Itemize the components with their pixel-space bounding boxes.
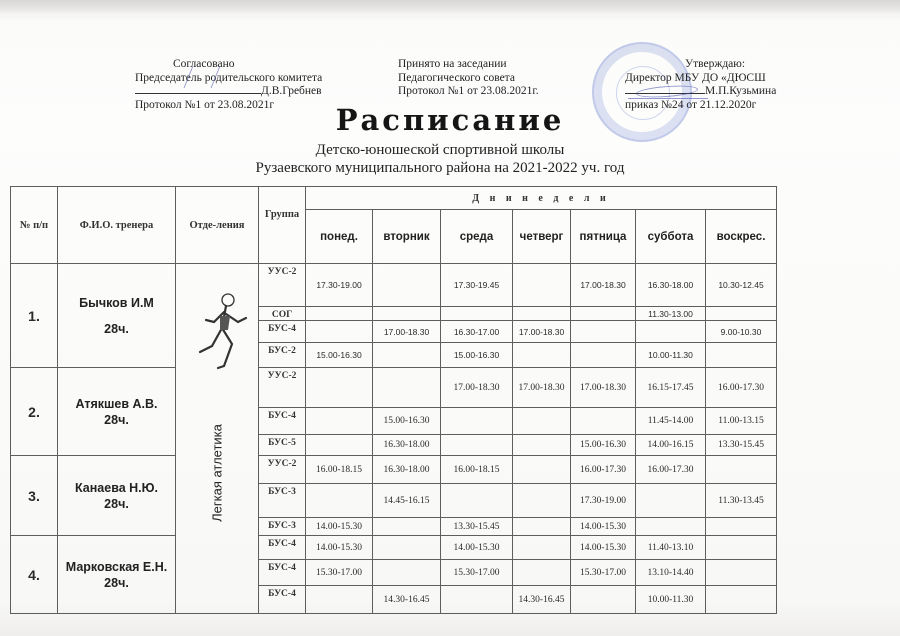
time-slot: 10.00-11.30	[636, 586, 706, 614]
time-slot: 9.00-10.30	[706, 321, 777, 343]
coach-name: Бычков И.М	[58, 295, 175, 311]
time-slot: 16.00-18.15	[441, 456, 513, 484]
scan-shadow	[0, 0, 900, 14]
coach-cell: Атякшев А.В.28ч.	[58, 368, 176, 456]
time-slot	[373, 536, 441, 560]
header-day: среда	[441, 210, 513, 264]
header-day: пятница	[571, 210, 636, 264]
time-slot: 15.00-16.30	[571, 435, 636, 456]
group-name: БУС-3	[259, 518, 306, 536]
coach-number: 4.	[11, 536, 58, 614]
time-slot: 16.30-18.00	[636, 264, 706, 307]
header-coach: Ф.И.О. тренера	[58, 187, 176, 264]
time-slot: 10.30-12.45	[706, 264, 777, 307]
header-num: № п/п	[11, 187, 58, 264]
time-slot: 16.00-17.30	[571, 456, 636, 484]
time-slot: 13.10-14.40	[636, 560, 706, 586]
group-name: БУС-4	[259, 586, 306, 614]
time-slot: 15.30-17.00	[571, 560, 636, 586]
table-row: 3.Канаева Н.Ю.28ч.УУС-216.00-18.1516.30-…	[11, 456, 777, 484]
group-name: УУС-2	[259, 264, 306, 307]
group-name: БУС-2	[259, 343, 306, 368]
time-slot: 11.30-13.45	[706, 484, 777, 518]
time-slot	[636, 518, 706, 536]
time-slot	[513, 408, 571, 435]
time-slot	[306, 307, 373, 321]
coach-number: 1.	[11, 264, 58, 368]
time-slot	[373, 264, 441, 307]
group-name: БУС-5	[259, 435, 306, 456]
time-slot: 14.00-15.30	[306, 518, 373, 536]
department-label: Легкая атлетика	[210, 425, 225, 523]
coach-cell: Бычков И.М28ч.	[58, 264, 176, 368]
time-slot: 14.30-16.45	[513, 586, 571, 614]
group-name: БУС-3	[259, 484, 306, 518]
approval-line1: Принято на заседании	[398, 58, 539, 72]
approval-position: Директор МБУ ДО «ДЮСШ	[625, 72, 776, 86]
time-slot	[636, 484, 706, 518]
coach-cell: Канаева Н.Ю.28ч.	[58, 456, 176, 536]
header-days-caption: Д н и н е д е л и	[306, 187, 777, 210]
time-slot: 16.15-17.45	[636, 368, 706, 408]
group-name: СОГ	[259, 307, 306, 321]
time-slot: 13.30-15.45	[706, 435, 777, 456]
header-day: четверг	[513, 210, 571, 264]
time-slot	[306, 586, 373, 614]
time-slot	[373, 343, 441, 368]
time-slot	[636, 321, 706, 343]
time-slot	[571, 307, 636, 321]
group-name: УУС-2	[259, 456, 306, 484]
time-slot: 14.00-16.15	[636, 435, 706, 456]
document-subtitle: Детско-юношеской спортивной школы Рузаев…	[0, 141, 880, 177]
time-slot	[306, 408, 373, 435]
time-slot	[513, 560, 571, 586]
group-name: УУС-2	[259, 368, 306, 408]
time-slot: 16.00-17.30	[636, 456, 706, 484]
approval-signer-line: Д.В.Гребнев	[135, 85, 322, 99]
header-department: Отде-ления	[176, 187, 259, 264]
approval-line2: Педагогического совета	[398, 72, 539, 86]
document-title: Расписание	[0, 103, 900, 137]
approval-title: Согласовано	[135, 58, 322, 72]
time-slot	[513, 484, 571, 518]
time-slot: 15.30-17.00	[306, 560, 373, 586]
time-slot	[571, 343, 636, 368]
subtitle-line-1: Детско-юношеской спортивной школы	[0, 141, 880, 159]
time-slot	[441, 408, 513, 435]
approval-title: Утверждаю:	[625, 58, 776, 72]
time-slot	[513, 343, 571, 368]
time-slot: 17.00-18.30	[441, 368, 513, 408]
approval-protocol: Протокол №1 от 23.08.2021г.	[398, 85, 539, 99]
time-slot	[373, 307, 441, 321]
time-slot	[513, 264, 571, 307]
coach-cell: Марковская Е.Н.28ч.	[58, 536, 176, 614]
time-slot: 14.45-16.15	[373, 484, 441, 518]
time-slot	[373, 560, 441, 586]
coach-number: 2.	[11, 368, 58, 456]
time-slot	[706, 586, 777, 614]
group-name: БУС-4	[259, 321, 306, 343]
time-slot	[571, 408, 636, 435]
approval-pedagogical-council: Принято на заседании Педагогического сов…	[398, 58, 539, 99]
time-slot: 11.45-14.00	[636, 408, 706, 435]
table-row: 2.Атякшев А.В.28ч.УУС-217.00-18.3017.00-…	[11, 368, 777, 408]
time-slot: 17.00-18.30	[373, 321, 441, 343]
time-slot: 10.00-11.30	[636, 343, 706, 368]
time-slot	[513, 456, 571, 484]
table-row: 1.Бычков И.М28ч.Легкая атлетикаУУС-217.3…	[11, 264, 777, 307]
schedule-table: № п/п Ф.И.О. тренера Отде-ления Группа Д…	[10, 186, 777, 614]
time-slot: 17.00-18.30	[571, 264, 636, 307]
header-day: суббота	[636, 210, 706, 264]
coach-name: Атякшев А.В.	[58, 396, 175, 412]
header-day: понед.	[306, 210, 373, 264]
coach-hours: 28ч.	[58, 496, 175, 512]
time-slot: 15.30-17.00	[441, 560, 513, 586]
time-slot	[706, 536, 777, 560]
time-slot: 11.00-13.15	[706, 408, 777, 435]
time-slot	[306, 435, 373, 456]
time-slot	[706, 560, 777, 586]
coach-name: Канаева Н.Ю.	[58, 480, 175, 496]
time-slot: 15.00-16.30	[373, 408, 441, 435]
time-slot	[571, 586, 636, 614]
time-slot: 17.00-18.30	[513, 368, 571, 408]
time-slot	[306, 368, 373, 408]
time-slot: 16.30-18.00	[373, 456, 441, 484]
time-slot: 14.30-16.45	[373, 586, 441, 614]
group-name: БУС-4	[259, 408, 306, 435]
scanned-page: Согласовано Председатель родительского к…	[0, 0, 900, 636]
time-slot	[706, 307, 777, 321]
time-slot	[441, 307, 513, 321]
header-day: вторник	[373, 210, 441, 264]
time-slot	[706, 343, 777, 368]
time-slot: 15.00-16.30	[306, 343, 373, 368]
time-slot: 14.00-15.30	[571, 518, 636, 536]
time-slot	[306, 484, 373, 518]
runner-athlete-icon	[194, 292, 254, 372]
time-slot	[373, 518, 441, 536]
time-slot	[513, 435, 571, 456]
time-slot	[513, 536, 571, 560]
time-slot: 17.30-19.00	[571, 484, 636, 518]
time-slot	[373, 368, 441, 408]
director-signature-icon	[628, 84, 708, 99]
time-slot	[513, 307, 571, 321]
time-slot: 16.00-18.15	[306, 456, 373, 484]
coach-name: Марковская Е.Н.	[58, 559, 175, 575]
time-slot	[706, 518, 777, 536]
time-slot: 16.30-18.00	[373, 435, 441, 456]
approval-signer: М.П.Кузьмина	[705, 85, 776, 97]
time-slot: 11.30-13.00	[636, 307, 706, 321]
time-slot: 17.00-18.30	[513, 321, 571, 343]
time-slot: 17.30-19.00	[306, 264, 373, 307]
time-slot: 14.00-15.30	[306, 536, 373, 560]
time-slot: 17.00-18.30	[571, 368, 636, 408]
subtitle-line-2: Рузаевского муниципального района на 202…	[0, 159, 880, 177]
table-row: 4.Марковская Е.Н.28ч.БУС-414.00-15.3014.…	[11, 536, 777, 560]
time-slot: 13.30-15.45	[441, 518, 513, 536]
approval-signer: Д.В.Гребнев	[261, 85, 322, 97]
group-name: БУС-4	[259, 560, 306, 586]
time-slot	[306, 321, 373, 343]
coach-hours: 28ч.	[58, 575, 175, 591]
time-slot	[571, 321, 636, 343]
time-slot	[441, 484, 513, 518]
schedule-body: 1.Бычков И.М28ч.Легкая атлетикаУУС-217.3…	[11, 264, 777, 614]
time-slot	[441, 435, 513, 456]
coach-hours: 28ч.	[58, 412, 175, 428]
time-slot	[441, 586, 513, 614]
header-day: воскрес.	[706, 210, 777, 264]
approval-position: Председатель родительского комитета	[135, 72, 322, 86]
time-slot: 17.30-19.45	[441, 264, 513, 307]
time-slot: 16.00-17.30	[706, 368, 777, 408]
time-slot: 14.00-15.30	[571, 536, 636, 560]
coach-number: 3.	[11, 456, 58, 536]
time-slot	[706, 456, 777, 484]
time-slot: 14.00-15.30	[441, 536, 513, 560]
time-slot	[513, 518, 571, 536]
group-name: БУС-4	[259, 536, 306, 560]
coach-hours: 28ч.	[58, 321, 175, 337]
header-group: Группа	[259, 187, 306, 264]
time-slot: 16.30-17.00	[441, 321, 513, 343]
department-cell: Легкая атлетика	[176, 264, 259, 614]
time-slot: 15.00-16.30	[441, 343, 513, 368]
time-slot: 11.40-13.10	[636, 536, 706, 560]
